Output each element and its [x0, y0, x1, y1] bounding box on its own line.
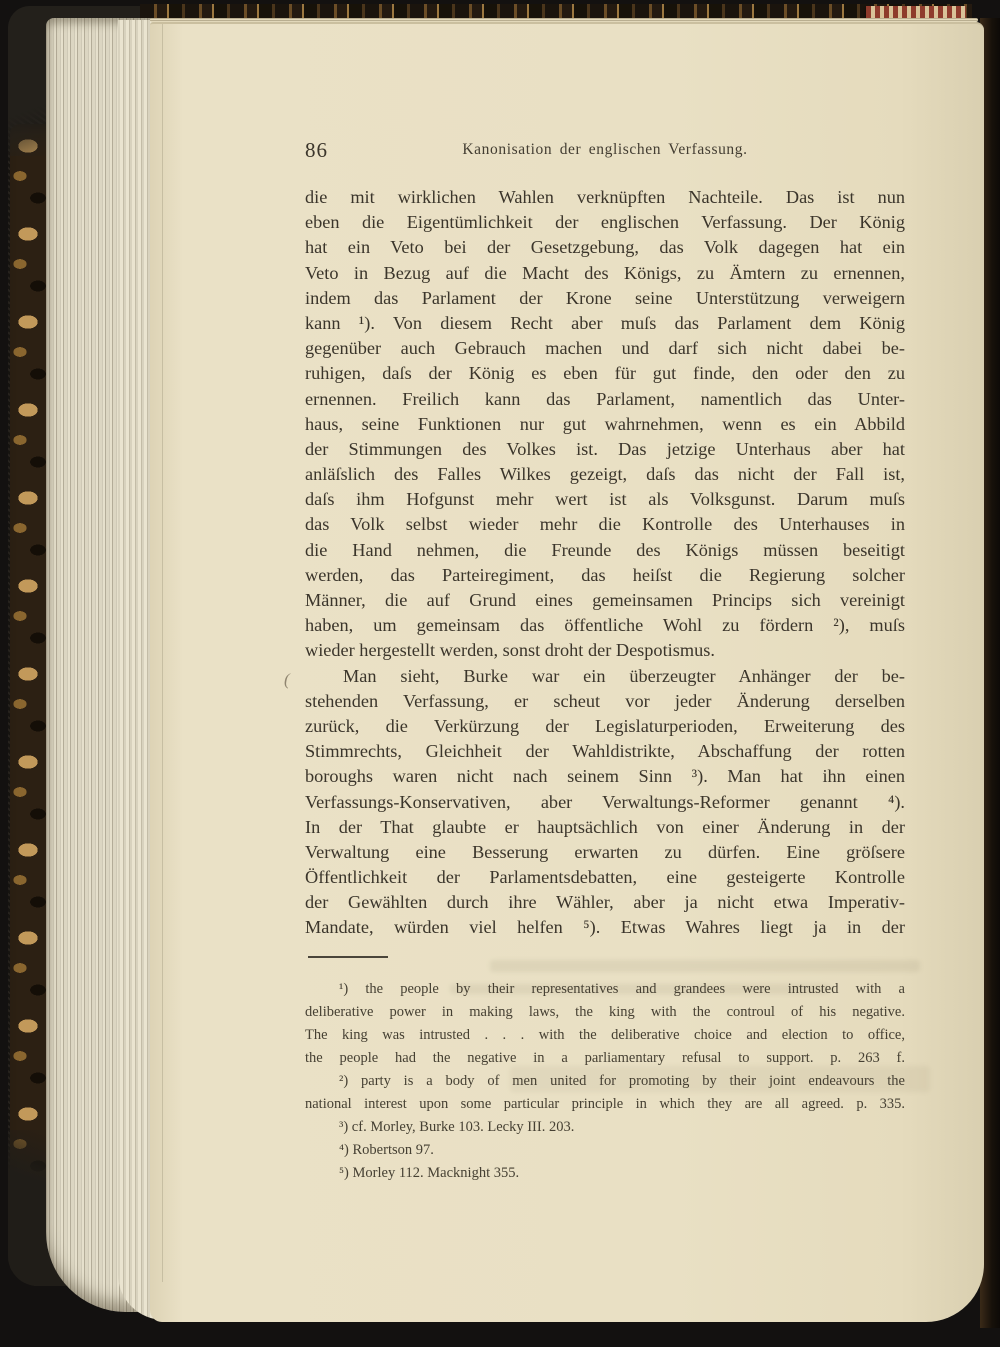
text-line: Männer, die auf Grund eines gemeinsamen …: [305, 588, 905, 613]
text-line: ³) cf. Morley, Burke 103. Lecky III. 203…: [305, 1116, 905, 1139]
text-line: The king was intrusted . . . with the de…: [305, 1024, 905, 1047]
text-line: Verwaltung eine Besserung erwarten zu dü…: [305, 840, 905, 865]
book-page: 86 Kanonisation der englischen Verfassun…: [150, 22, 984, 1322]
stray-ink-mark: (: [284, 670, 290, 690]
footnote-separator-rule: [308, 956, 388, 958]
text-line: Verfassungs-Konservativen, aber Verwaltu…: [305, 790, 905, 815]
text-line: Mandate, würden viel helfen ⁵). Etwas Wa…: [305, 915, 905, 940]
text-line: national interest upon some particular p…: [305, 1093, 905, 1116]
text-line: anläſslich des Falles Wilkes gezeigt, da…: [305, 462, 905, 487]
text-line: ⁴) Robertson 97.: [305, 1139, 905, 1162]
text-line: hat ein Veto bei der Gesetzgebung, das V…: [305, 235, 905, 260]
text-line: eben die Eigentümlichkeit der englischen…: [305, 210, 905, 235]
text-line: ¹) the people by their representatives a…: [305, 978, 905, 1001]
text-line: deliberative power in making laws, the k…: [305, 1001, 905, 1024]
text-line: Man sieht, Burke war ein überzeugter Anh…: [305, 664, 905, 689]
text-line: haus, seine Funktionen nur gut wahrnehme…: [305, 412, 905, 437]
text-line: der Stimmungen des Volkes ist. Das jetzi…: [305, 437, 905, 462]
text-line: ruhigen, daſs der König es eben für gut …: [305, 361, 905, 386]
text-line: stehenden Verfassung, er scheut vor jede…: [305, 689, 905, 714]
running-header: Kanonisation der englischen Verfassung.: [305, 141, 905, 159]
footnotes: ¹) the people by their representatives a…: [305, 978, 905, 1185]
text-line: haben, um gemeinsam das öffentliche Wohl…: [305, 613, 905, 638]
text-line: gegenüber auch Gebrauch machen und darf …: [305, 336, 905, 361]
text-line: daſs ihm Hofgunst mehr wert ist als Volk…: [305, 487, 905, 512]
text-line: the people had the negative in a parliam…: [305, 1047, 905, 1070]
text-line: Öffentlichkeit der Parlamentsdebatten, e…: [305, 865, 905, 890]
text-line: der Gewählten durch ihre Wähler, aber ja…: [305, 890, 905, 915]
text-line: wieder hergestellt werden, sonst droht d…: [305, 638, 905, 663]
text-line: ²) party is a body of men united for pro…: [305, 1070, 905, 1093]
show-through-smudge: [490, 960, 920, 972]
text-line: ernennen. Freilich kann das Parlament, n…: [305, 387, 905, 412]
text-line: Veto in Bezug auf die Macht des Königs, …: [305, 261, 905, 286]
page-header: 86 Kanonisation der englischen Verfassun…: [305, 138, 905, 162]
text-line: ⁵) Morley 112. Macknight 355.: [305, 1162, 905, 1185]
text-line: boroughs waren nicht nach seinem Sinn ³)…: [305, 764, 905, 789]
text-line: das Volk selbst wieder mehr die Kontroll…: [305, 512, 905, 537]
text-line: werden, das Parteiregiment, das heiſst d…: [305, 563, 905, 588]
scanned-book-photo: 86 Kanonisation der englischen Verfassun…: [0, 0, 1000, 1347]
text-line: zurück, die Verkürzung der Legislaturper…: [305, 714, 905, 739]
text-line: Stimmrechts, Gleichheit der Wahldistrikt…: [305, 739, 905, 764]
text-line: die Hand nehmen, die Freunde des Königs …: [305, 538, 905, 563]
text-line: In der That glaubte er hauptsächlich von…: [305, 815, 905, 840]
text-line: kann ¹). Von diesem Recht aber muſs das …: [305, 311, 905, 336]
text-line: indem das Parlament der Krone seine Unte…: [305, 286, 905, 311]
body-text: die mit wirklichen Wahlen verknüpften Na…: [305, 185, 905, 941]
text-line: die mit wirklichen Wahlen verknüpften Na…: [305, 185, 905, 210]
